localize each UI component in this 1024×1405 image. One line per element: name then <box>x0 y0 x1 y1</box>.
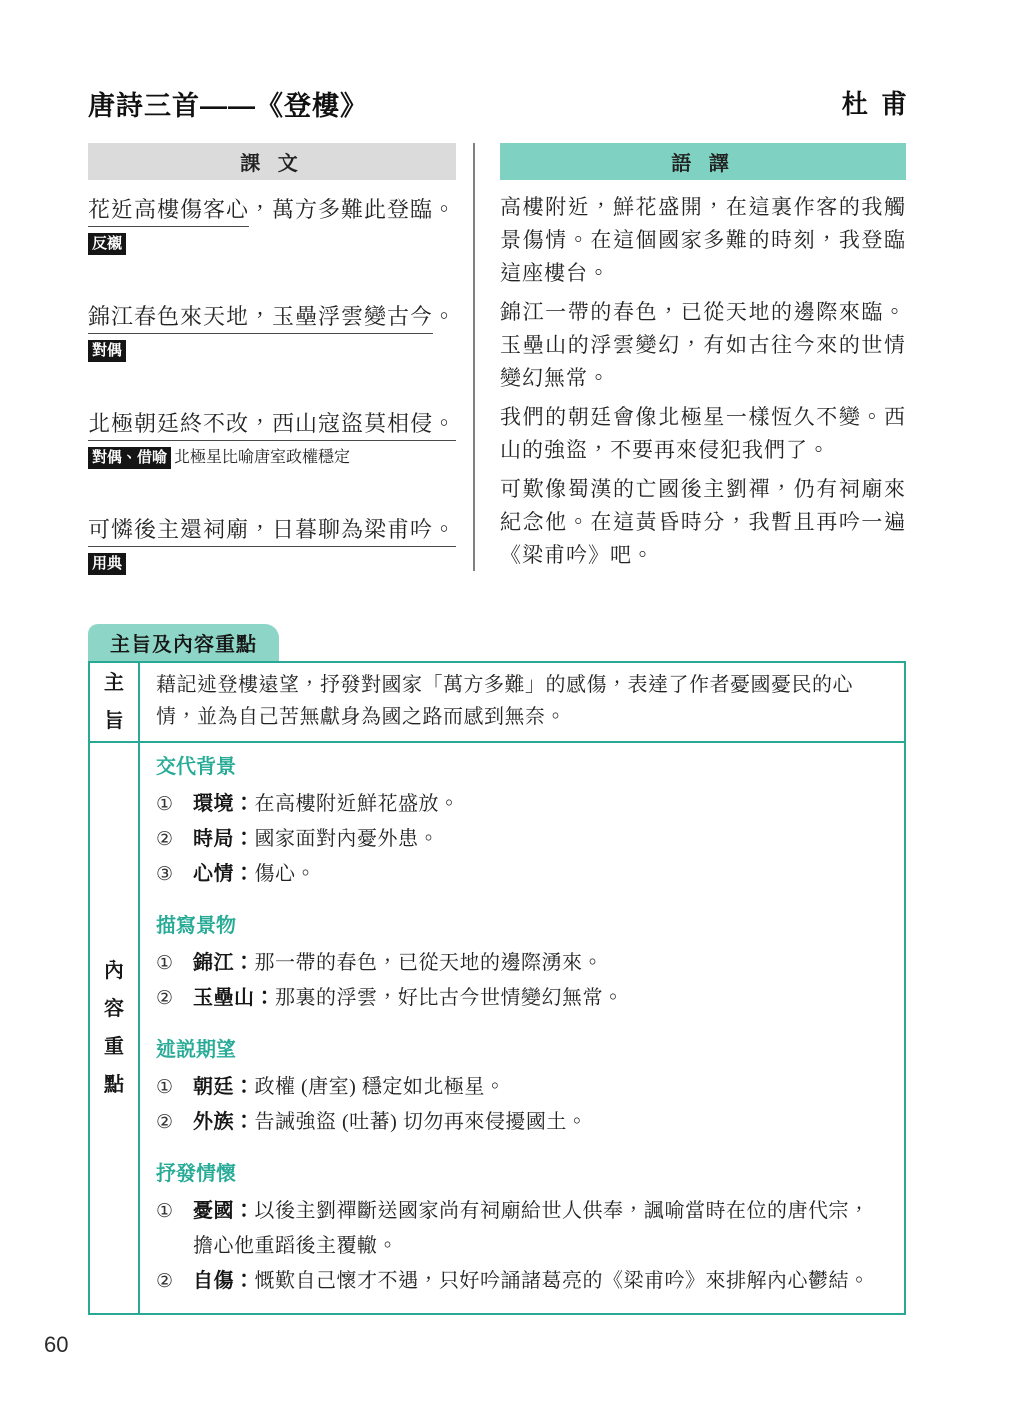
list-item: ②玉壘山：那裏的浮雲，好比古今世情變幻無常。 <box>156 981 888 1016</box>
circled-number: ② <box>156 1105 193 1140</box>
poem-author: 杜 甫 <box>842 84 910 121</box>
rhetoric-tag: 用典 <box>88 553 126 575</box>
list-item: ②時局：國家面對內憂外患。 <box>156 822 888 857</box>
theme-label-cell: 主旨 <box>90 663 140 741</box>
circled-number: ① <box>156 946 193 981</box>
item-label: 錦江： <box>193 952 255 974</box>
poem-line-2-tags: 對偶 <box>88 340 456 362</box>
item-body: 錦江：那一帶的春色，已從天地的邊際湧來。 <box>193 946 888 981</box>
page-title: 唐詩三首——《登樓》 <box>88 84 368 123</box>
item-text: 告誡強盜 (吐蕃) 切勿再來侵擾國土。 <box>255 1111 588 1133</box>
circled-number: ② <box>156 822 193 857</box>
page-number: 60 <box>44 1332 68 1358</box>
poem-line-2-underlined: 錦江春色來天地，玉壘浮雲變古今 <box>88 304 433 334</box>
theme-text: 藉記述登樓遠望，抒發對國家「萬方多難」的感傷，表達了作者憂國憂民的心情，並為自己… <box>140 663 904 741</box>
item-label: 時局： <box>193 828 255 850</box>
circled-number: ① <box>156 1070 193 1105</box>
content-points-body: 交代背景 ①環境：在高樓附近鮮花盛放。 ②時局：國家面對內憂外患。 ③心情：傷心… <box>140 743 904 1313</box>
item-text: 那裏的浮雲，好比古今世情變幻無常。 <box>275 987 624 1009</box>
item-body: 心情：傷心。 <box>193 857 888 892</box>
page-header: 唐詩三首——《登樓》 杜 甫 <box>88 84 910 123</box>
poem-line-1-underlined: 花近高樓傷客心 <box>88 197 249 227</box>
poem-line-4-tags: 用典 <box>88 553 456 575</box>
item-label: 憂國： <box>193 1200 255 1222</box>
rhetoric-tag: 對偶、借喻 <box>88 447 171 469</box>
translation-paragraph: 我們的朝廷會像北極星一樣恆久不變。西山的強盜，不要再來侵犯我們了。 <box>500 401 906 467</box>
item-body: 時局：國家面對內憂外患。 <box>193 822 888 857</box>
poem-line-3-tags: 對偶、借喻北極星比喻唐室政權穩定 <box>88 447 456 469</box>
source-text-column: 課 文 花近高樓傷客心，萬方多難此登臨。 反襯 錦江春色來天地，玉壘浮雲變古今。… <box>88 143 456 573</box>
poem-line-3: 北極朝廷終不改，西山寇盜莫相侵。 對偶、借喻北極星比喻唐室政權穩定 <box>88 407 456 469</box>
item-text: 以後主劉禪斷送國家尚有祠廟給世人供奉，諷喻當時在位的唐代宗，擔心他重蹈後主覆轍。 <box>193 1200 870 1257</box>
circled-number: ② <box>156 981 193 1016</box>
item-text: 政權 (唐室) 穩定如北極星。 <box>255 1076 506 1098</box>
summary-section-tab: 主旨及內容重點 <box>88 624 279 661</box>
section-heading-scenery: 描寫景物 <box>156 914 888 938</box>
content-points-label: 內容重點 <box>103 952 125 1104</box>
translation-header: 語 譯 <box>500 143 906 180</box>
summary-table: 主旨 藉記述登樓遠望，抒發對國家「萬方多難」的感傷，表達了作者憂國憂民的心情，並… <box>88 661 906 1315</box>
content-points-row: 內容重點 交代背景 ①環境：在高樓附近鮮花盛放。 ②時局：國家面對內憂外患。 ③… <box>90 743 904 1313</box>
rhetoric-tag: 對偶 <box>88 340 126 362</box>
item-label: 心情： <box>193 863 255 885</box>
poem-line-4: 可憐後主還祠廟，日暮聊為梁甫吟。 用典 <box>88 513 456 575</box>
circled-number: ② <box>156 1264 193 1299</box>
poem-line-1-tags: 反襯 <box>88 233 456 255</box>
item-text: 國家面對內憂外患。 <box>255 828 440 850</box>
theme-label: 主旨 <box>103 664 125 740</box>
item-body: 外族：告誡強盜 (吐蕃) 切勿再來侵擾國土。 <box>193 1105 888 1140</box>
item-body: 自傷：慨歎自己懷才不遇，只好吟誦諸葛亮的《梁甫吟》來排解內心鬱結。 <box>193 1264 888 1299</box>
poem-line-2-text: 錦江春色來天地，玉壘浮雲變古今。 <box>88 300 456 331</box>
item-text: 在高樓附近鮮花盛放。 <box>255 793 460 815</box>
item-text: 慨歎自己懷才不遇，只好吟誦諸葛亮的《梁甫吟》來排解內心鬱結。 <box>255 1270 870 1292</box>
item-text: 傷心。 <box>255 863 317 885</box>
item-label: 玉壘山： <box>193 987 275 1009</box>
tag-note: 北極星比喻唐室政權穩定 <box>174 449 350 466</box>
item-body: 憂國：以後主劉禪斷送國家尚有祠廟給世人供奉，諷喻當時在位的唐代宗，擔心他重蹈後主… <box>193 1194 888 1264</box>
translation-paragraph: 高樓附近，鮮花盛開，在這裏作客的我觸景傷情。在這個國家多難的時刻，我登臨這座樓台… <box>500 191 906 290</box>
poem-line-3-underlined: 北極朝廷終不改，西山寇盜莫相侵。 <box>88 411 456 441</box>
poem-line-1-text: 花近高樓傷客心，萬方多難此登臨。 <box>88 193 456 224</box>
item-label: 朝廷： <box>193 1076 255 1098</box>
poem-line-1: 花近高樓傷客心，萬方多難此登臨。 反襯 <box>88 193 456 255</box>
poem-line-4-text: 可憐後主還祠廟，日暮聊為梁甫吟。 <box>88 513 456 544</box>
list-item: ①朝廷：政權 (唐室) 穩定如北極星。 <box>156 1070 888 1105</box>
item-body: 玉壘山：那裏的浮雲，好比古今世情變幻無常。 <box>193 981 888 1016</box>
list-item: ②自傷：慨歎自己懷才不遇，只好吟誦諸葛亮的《梁甫吟》來排解內心鬱結。 <box>156 1264 888 1299</box>
item-label: 自傷： <box>193 1270 255 1292</box>
list-item: ①環境：在高樓附近鮮花盛放。 <box>156 787 888 822</box>
two-column-section: 課 文 花近高樓傷客心，萬方多難此登臨。 反襯 錦江春色來天地，玉壘浮雲變古今。… <box>88 143 906 573</box>
section-heading-background: 交代背景 <box>156 755 888 779</box>
circled-number: ③ <box>156 857 193 892</box>
circled-number: ① <box>156 787 193 822</box>
rhetoric-tag: 反襯 <box>88 233 126 255</box>
item-label: 外族： <box>193 1111 255 1133</box>
list-item: ①憂國：以後主劉禪斷送國家尚有祠廟給世人供奉，諷喻當時在位的唐代宗，擔心他重蹈後… <box>156 1194 888 1264</box>
poem-line-1-rest: ，萬方多難此登臨。 <box>249 197 456 222</box>
poem-line-3-text: 北極朝廷終不改，西山寇盜莫相侵。 <box>88 407 456 438</box>
content-points-label-cell: 內容重點 <box>90 743 140 1313</box>
item-text: 那一帶的春色，已從天地的邊際湧來。 <box>255 952 604 974</box>
section-heading-expectation: 述説期望 <box>156 1038 888 1062</box>
theme-row: 主旨 藉記述登樓遠望，抒發對國家「萬方多難」的感傷，表達了作者憂國憂民的心情，並… <box>90 663 904 743</box>
translation-paragraph: 錦江一帶的春色，已從天地的邊際來臨。玉壘山的浮雲變幻，有如古往今來的世情變幻無常… <box>500 296 906 395</box>
column-divider <box>473 143 475 571</box>
section-heading-feelings: 抒發情懷 <box>156 1162 888 1186</box>
list-item: ③心情：傷心。 <box>156 857 888 892</box>
translation-column: 語 譯 高樓附近，鮮花盛開，在這裏作客的我觸景傷情。在這個國家多難的時刻，我登臨… <box>500 143 906 578</box>
poem-line-4-underlined: 可憐後主還祠廟，日暮聊為梁甫吟。 <box>88 517 456 547</box>
translation-body: 高樓附近，鮮花盛開，在這裏作客的我觸景傷情。在這個國家多難的時刻，我登臨這座樓台… <box>500 180 906 572</box>
item-body: 環境：在高樓附近鮮花盛放。 <box>193 787 888 822</box>
source-text-header: 課 文 <box>88 143 456 180</box>
item-body: 朝廷：政權 (唐室) 穩定如北極星。 <box>193 1070 888 1105</box>
poem-line-2: 錦江春色來天地，玉壘浮雲變古今。 對偶 <box>88 300 456 362</box>
poem-line-2-rest: 。 <box>433 304 456 329</box>
list-item: ①錦江：那一帶的春色，已從天地的邊際湧來。 <box>156 946 888 981</box>
list-item: ②外族：告誡強盜 (吐蕃) 切勿再來侵擾國土。 <box>156 1105 888 1140</box>
item-label: 環境： <box>193 793 255 815</box>
translation-paragraph: 可歎像蜀漢的亡國後主劉禪，仍有祠廟來紀念他。在這黃昏時分，我暫且再吟一遍《梁甫吟… <box>500 473 906 572</box>
circled-number: ① <box>156 1194 193 1264</box>
